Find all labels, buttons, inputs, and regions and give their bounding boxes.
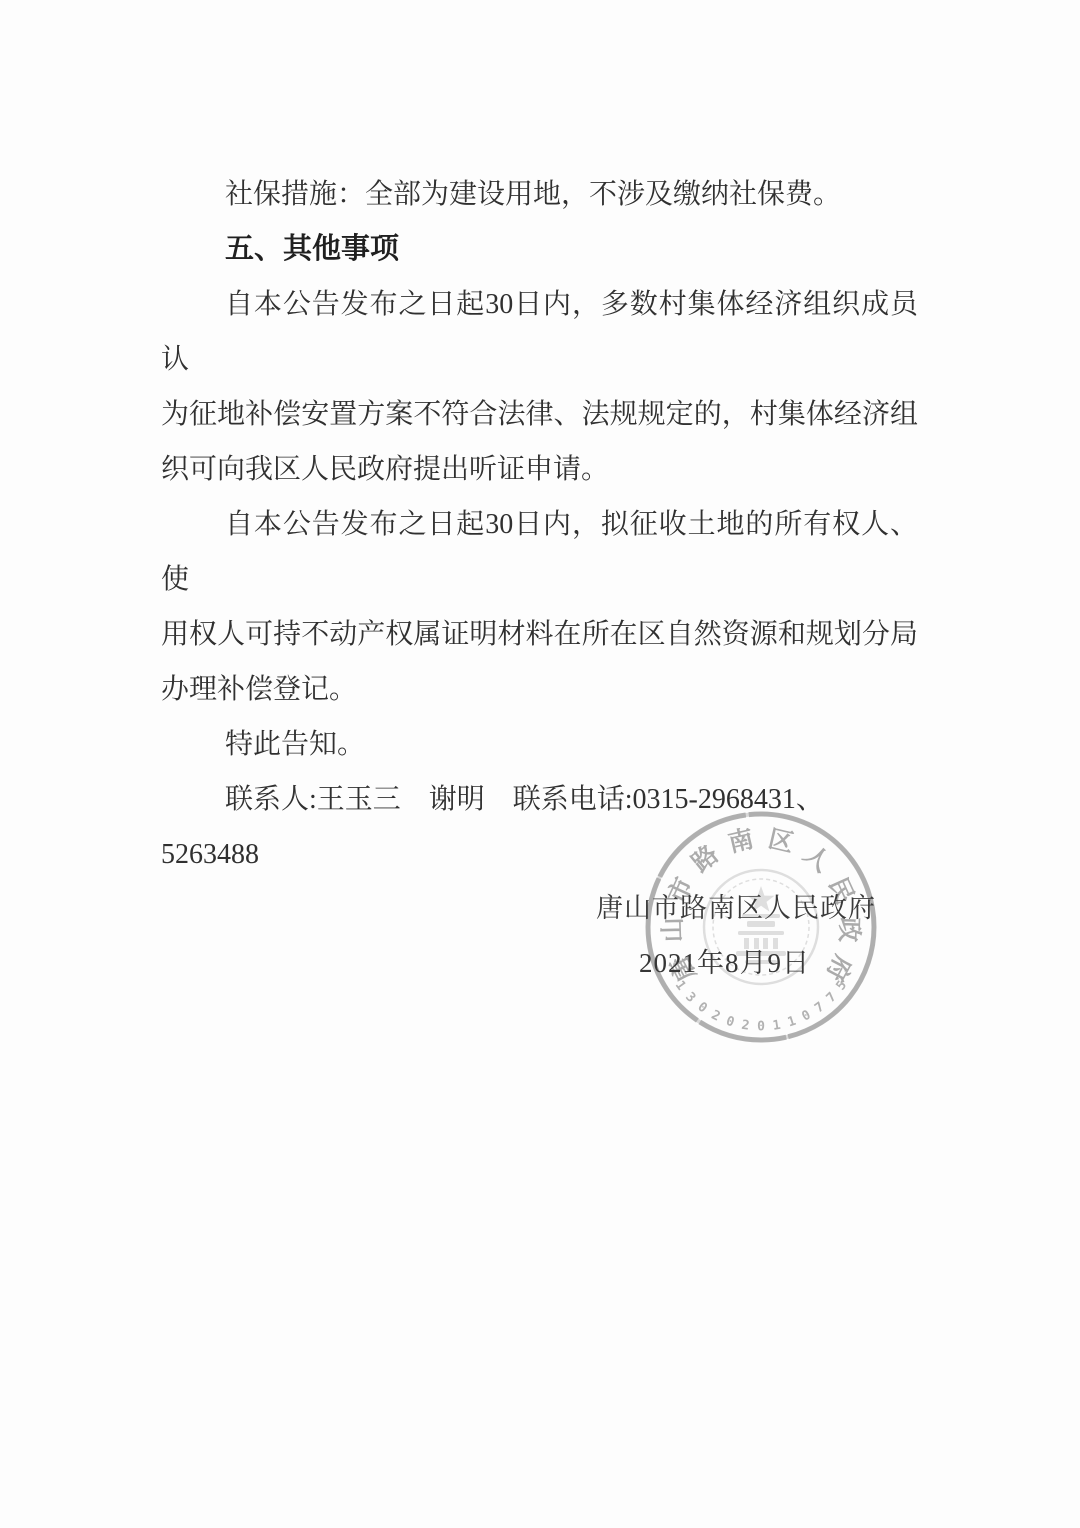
document-line: 织可向我区人民政府提出听证申请。 [161,442,918,497]
document-line: 社保措施：全部为建设用地，不涉及缴纳社保费。 [161,167,918,222]
document-line: 特此告知。 [161,717,918,772]
document-line: 办理补偿登记。 [161,662,918,717]
document-line: 自本公告发布之日起30日内，拟征收土地的所有权人、使 [161,497,918,607]
document-line: 为征地补偿安置方案不符合法律、法规规定的，村集体经济组 [161,387,918,442]
document-line: 自本公告发布之日起30日内，多数村集体经济组织成员认 [161,277,918,387]
issuer-signature: 唐山市路南区人民政府 [596,889,876,927]
seal-serial-digit: 0 [757,1020,765,1035]
issue-date: 2021年8月9日 [639,944,810,982]
section-heading: 五、其他事项 [161,222,918,277]
official-seal: 唐山市路南区人民政府 1302020110775 [644,810,878,1044]
document-line: 用权人可持不动产权属证明材料在所在区自然资源和规划分局 [161,607,918,662]
document-page: 社保措施：全部为建设用地，不涉及缴纳社保费。五、其他事项自本公告发布之日起30日… [0,0,1080,1528]
document-body: 社保措施：全部为建设用地，不涉及缴纳社保费。五、其他事项自本公告发布之日起30日… [161,167,918,882]
